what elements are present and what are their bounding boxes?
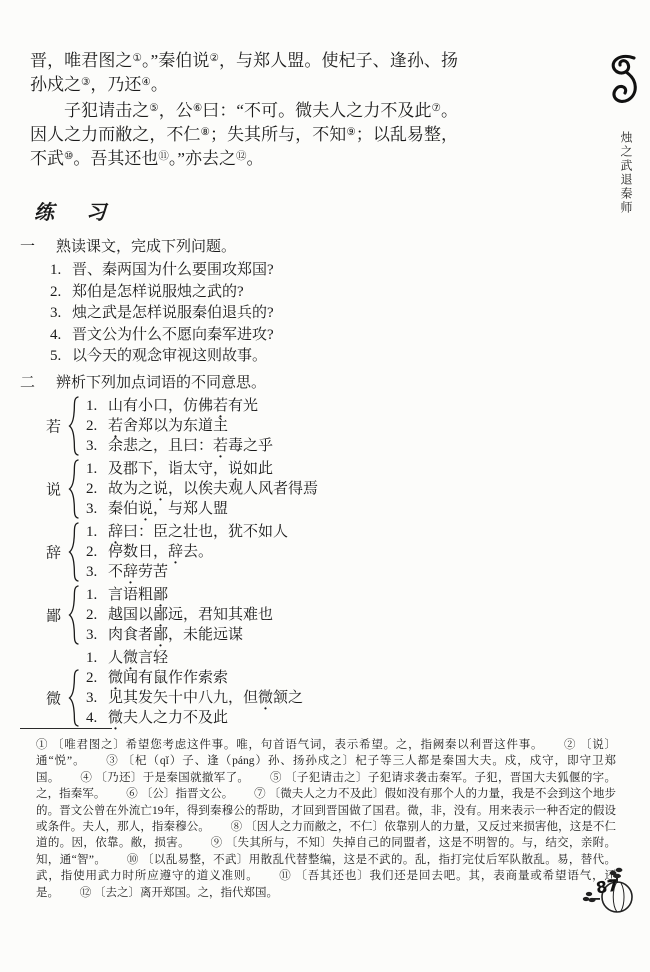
word-usage-item: 1.及郡下，诣太守，说如此 (86, 459, 458, 479)
question-list: 1.晋、秦两国为什么要围攻郑国?2.郑伯是怎样说服烛之武的?3.烛之武是怎样说服… (50, 260, 458, 368)
item-number: 2. (86, 542, 108, 562)
word-usage-item: 2.故为之说，以俟夫观人风者得焉 (86, 479, 458, 499)
item-text: 晋文公为什么不愿向秦军进攻? (72, 325, 274, 347)
word-usage-item: 1.辞曰：臣之壮也，犹不如人 (86, 522, 458, 542)
exercise-heading: 练 习 (34, 200, 458, 226)
word-group-ci: 辞 1.辞曰：臣之壮也，犹不如人2.停数日，辞去。3.不辞劳苦 (46, 522, 458, 582)
word-usage-item: 2.停数日，辞去。 (86, 542, 458, 562)
word-usage-item: 1.人微言轻 (86, 648, 458, 668)
word-usage-item: 1.言语粗鄙 (86, 585, 458, 605)
word-usage-item: 3.余悲之，且曰：若毒之乎 (86, 436, 458, 456)
item-number: 3. (86, 562, 108, 582)
word-group-ruo: 若 1.山有小口，仿佛若有光2.若舍郑以为东道主3.余悲之，且曰：若毒之乎 (46, 396, 458, 456)
group-word: 说 (46, 478, 61, 499)
item-text: 以今天的观念审视这则故事。 (72, 346, 267, 368)
footnote-entry: ④ 〔乃还〕于是秦国就撤军了。 (80, 772, 249, 784)
section-marker: 一 (20, 236, 40, 258)
item-text: 微夫人之力不及此 (108, 708, 228, 728)
item-text: 秦伯说，与郑人盟 (108, 499, 228, 519)
question-item: 1.晋、秦两国为什么要围攻郑国? (50, 260, 458, 282)
item-number: 1. (86, 522, 108, 542)
question-item: 2.郑伯是怎样说服烛之武的? (50, 282, 458, 304)
word-group-bi: 鄙 1.言语粗鄙2.越国以鄙远，君知其难也3.肉食者鄙，未能远谋 (46, 585, 458, 645)
group-word: 若 (46, 415, 61, 436)
item-text: 微闻有鼠作作索索 (108, 668, 228, 688)
footnote-entry: ⑥ 〔公〕指晋文公。 (126, 788, 233, 800)
section-title: 辨析下列加点词语的不同意思。 (56, 372, 266, 394)
section-title: 熟读课文，完成下列问题。 (56, 236, 236, 258)
question-item: 3.烛之武是怎样说服秦伯退兵的? (50, 303, 458, 325)
exercise-section-two-head: 二 辨析下列加点词语的不同意思。 (20, 372, 458, 394)
item-text: 烛之武是怎样说服秦伯退兵的? (72, 303, 274, 325)
question-item: 4.晋文公为什么不愿向秦军进攻? (50, 325, 458, 347)
curly-brace-icon (68, 522, 79, 582)
item-number: 3. (50, 303, 72, 325)
footnote-entry: ⑫ 〔去之〕离开郑国。之，指代郑国。 (80, 887, 278, 899)
word-groups: 若 1.山有小口，仿佛若有光2.若舍郑以为东道主3.余悲之，且曰：若毒之乎 说 … (46, 394, 458, 728)
content-column: 晋，唯君图之①。”秦伯说②，与郑人盟。使杞子、逢孙、扬孙戍之③，乃还④。 子犯请… (20, 48, 458, 728)
question-item: 5.以今天的观念审视这则故事。 (50, 346, 458, 368)
item-text: 越国以鄙远，君知其难也 (108, 605, 273, 625)
item-text: 辞曰：臣之壮也，犹不如人 (108, 522, 288, 542)
curly-brace-icon (68, 585, 79, 645)
word-usage-item: 3.不辞劳苦 (86, 562, 458, 582)
word-usage-item: 2.微闻有鼠作作索索 (86, 668, 458, 688)
item-number: 1. (86, 585, 108, 605)
footnote-entry: ① 〔唯君图之〕希望您考虑这件事。唯，句首语气词，表示希望。之，指阙秦以利晋这件… (36, 739, 543, 751)
group-word: 鄙 (46, 604, 61, 625)
item-number: 2. (86, 668, 108, 688)
item-number: 1. (86, 396, 108, 416)
word-usage-item: 2.若舍郑以为东道主 (86, 416, 458, 436)
item-text: 晋、秦两国为什么要围攻郑国? (72, 260, 274, 282)
footnotes-block: ① 〔唯君图之〕希望您考虑这件事。唯，句首语气词，表示希望。之，指阙秦以利晋这件… (36, 737, 616, 901)
item-text: 若舍郑以为东道主 (108, 416, 228, 436)
page-number: 87 (595, 876, 620, 898)
item-text: 人微言轻 (108, 648, 168, 668)
word-usage-item: 3.见其发矢十中八九，但微颔之 (86, 688, 458, 708)
item-text: 余悲之，且曰：若毒之乎 (108, 436, 273, 456)
curly-brace-icon (68, 459, 79, 519)
item-number: 3. (86, 436, 108, 456)
group-word: 辞 (46, 541, 61, 562)
item-text: 故为之说，以俟夫观人风者得焉 (108, 479, 318, 499)
curly-brace-icon (68, 396, 79, 456)
word-usage-item: 3.秦伯说，与郑人盟 (86, 499, 458, 519)
word-group-wei: 微 1.人微言轻2.微闻有鼠作作索索3.见其发矢十中八九，但微颔之4.微夫人之力… (46, 648, 458, 728)
item-number: 3. (86, 625, 108, 645)
item-number: 5. (50, 346, 72, 368)
word-usage-item: 1.山有小口，仿佛若有光 (86, 396, 458, 416)
word-usage-item: 4.微夫人之力不及此 (86, 708, 458, 728)
chapter-title-vertical: 烛之武退秦师 (618, 131, 635, 215)
body-paragraph: 子犯请击之⑤，公⑥曰：“不可。微夫人之力不及此⑦。因人之力而敝之，不仁⑧；失其所… (30, 98, 458, 170)
item-number: 2. (50, 282, 72, 304)
exercise-section-one-head: 一 熟读课文，完成下列问题。 (20, 236, 458, 258)
item-text: 郑伯是怎样说服烛之武的? (72, 282, 244, 304)
item-text: 见其发矢十中八九，但微颔之 (108, 688, 303, 708)
item-text: 不辞劳苦 (108, 562, 168, 582)
word-group-shuo: 说 1.及郡下，诣太守，说如此2.故为之说，以俟夫观人风者得焉3.秦伯说，与郑人… (46, 459, 458, 519)
item-number: 3. (86, 499, 108, 519)
page-number-badge: 87 (576, 864, 642, 922)
item-text: 停数日，辞去。 (108, 542, 213, 562)
item-text: 言语粗鄙 (108, 585, 168, 605)
item-text: 山有小口，仿佛若有光 (108, 396, 258, 416)
group-word: 微 (46, 687, 61, 708)
curly-brace-icon (68, 669, 79, 727)
item-text: 肉食者鄙，未能远谋 (108, 625, 243, 645)
item-number: 3. (86, 688, 108, 708)
word-usage-item: 3.肉食者鄙，未能远谋 (86, 625, 458, 645)
item-number: 2. (86, 605, 108, 625)
item-text: 及郡下，诣太守，说如此 (108, 459, 273, 479)
body-paragraph: 晋，唯君图之①。”秦伯说②，与郑人盟。使杞子、逢孙、扬孙戍之③，乃还④。 (30, 48, 458, 96)
item-number: 1. (86, 459, 108, 479)
footnote-separator (20, 728, 112, 729)
item-number: 4. (50, 325, 72, 347)
word-usage-item: 2.越国以鄙远，君知其难也 (86, 605, 458, 625)
item-number: 1. (50, 260, 72, 282)
item-number: 2. (86, 416, 108, 436)
item-number: 4. (86, 708, 108, 728)
section-marker: 二 (20, 372, 40, 394)
item-number: 1. (86, 648, 108, 668)
textbook-page: 烛之武退秦师 晋，唯君图之①。”秦伯说②，与郑人盟。使杞子、逢孙、扬孙戍之③，乃… (0, 0, 650, 972)
item-number: 2. (86, 479, 108, 499)
floral-swirl-ornament-icon (604, 54, 642, 111)
